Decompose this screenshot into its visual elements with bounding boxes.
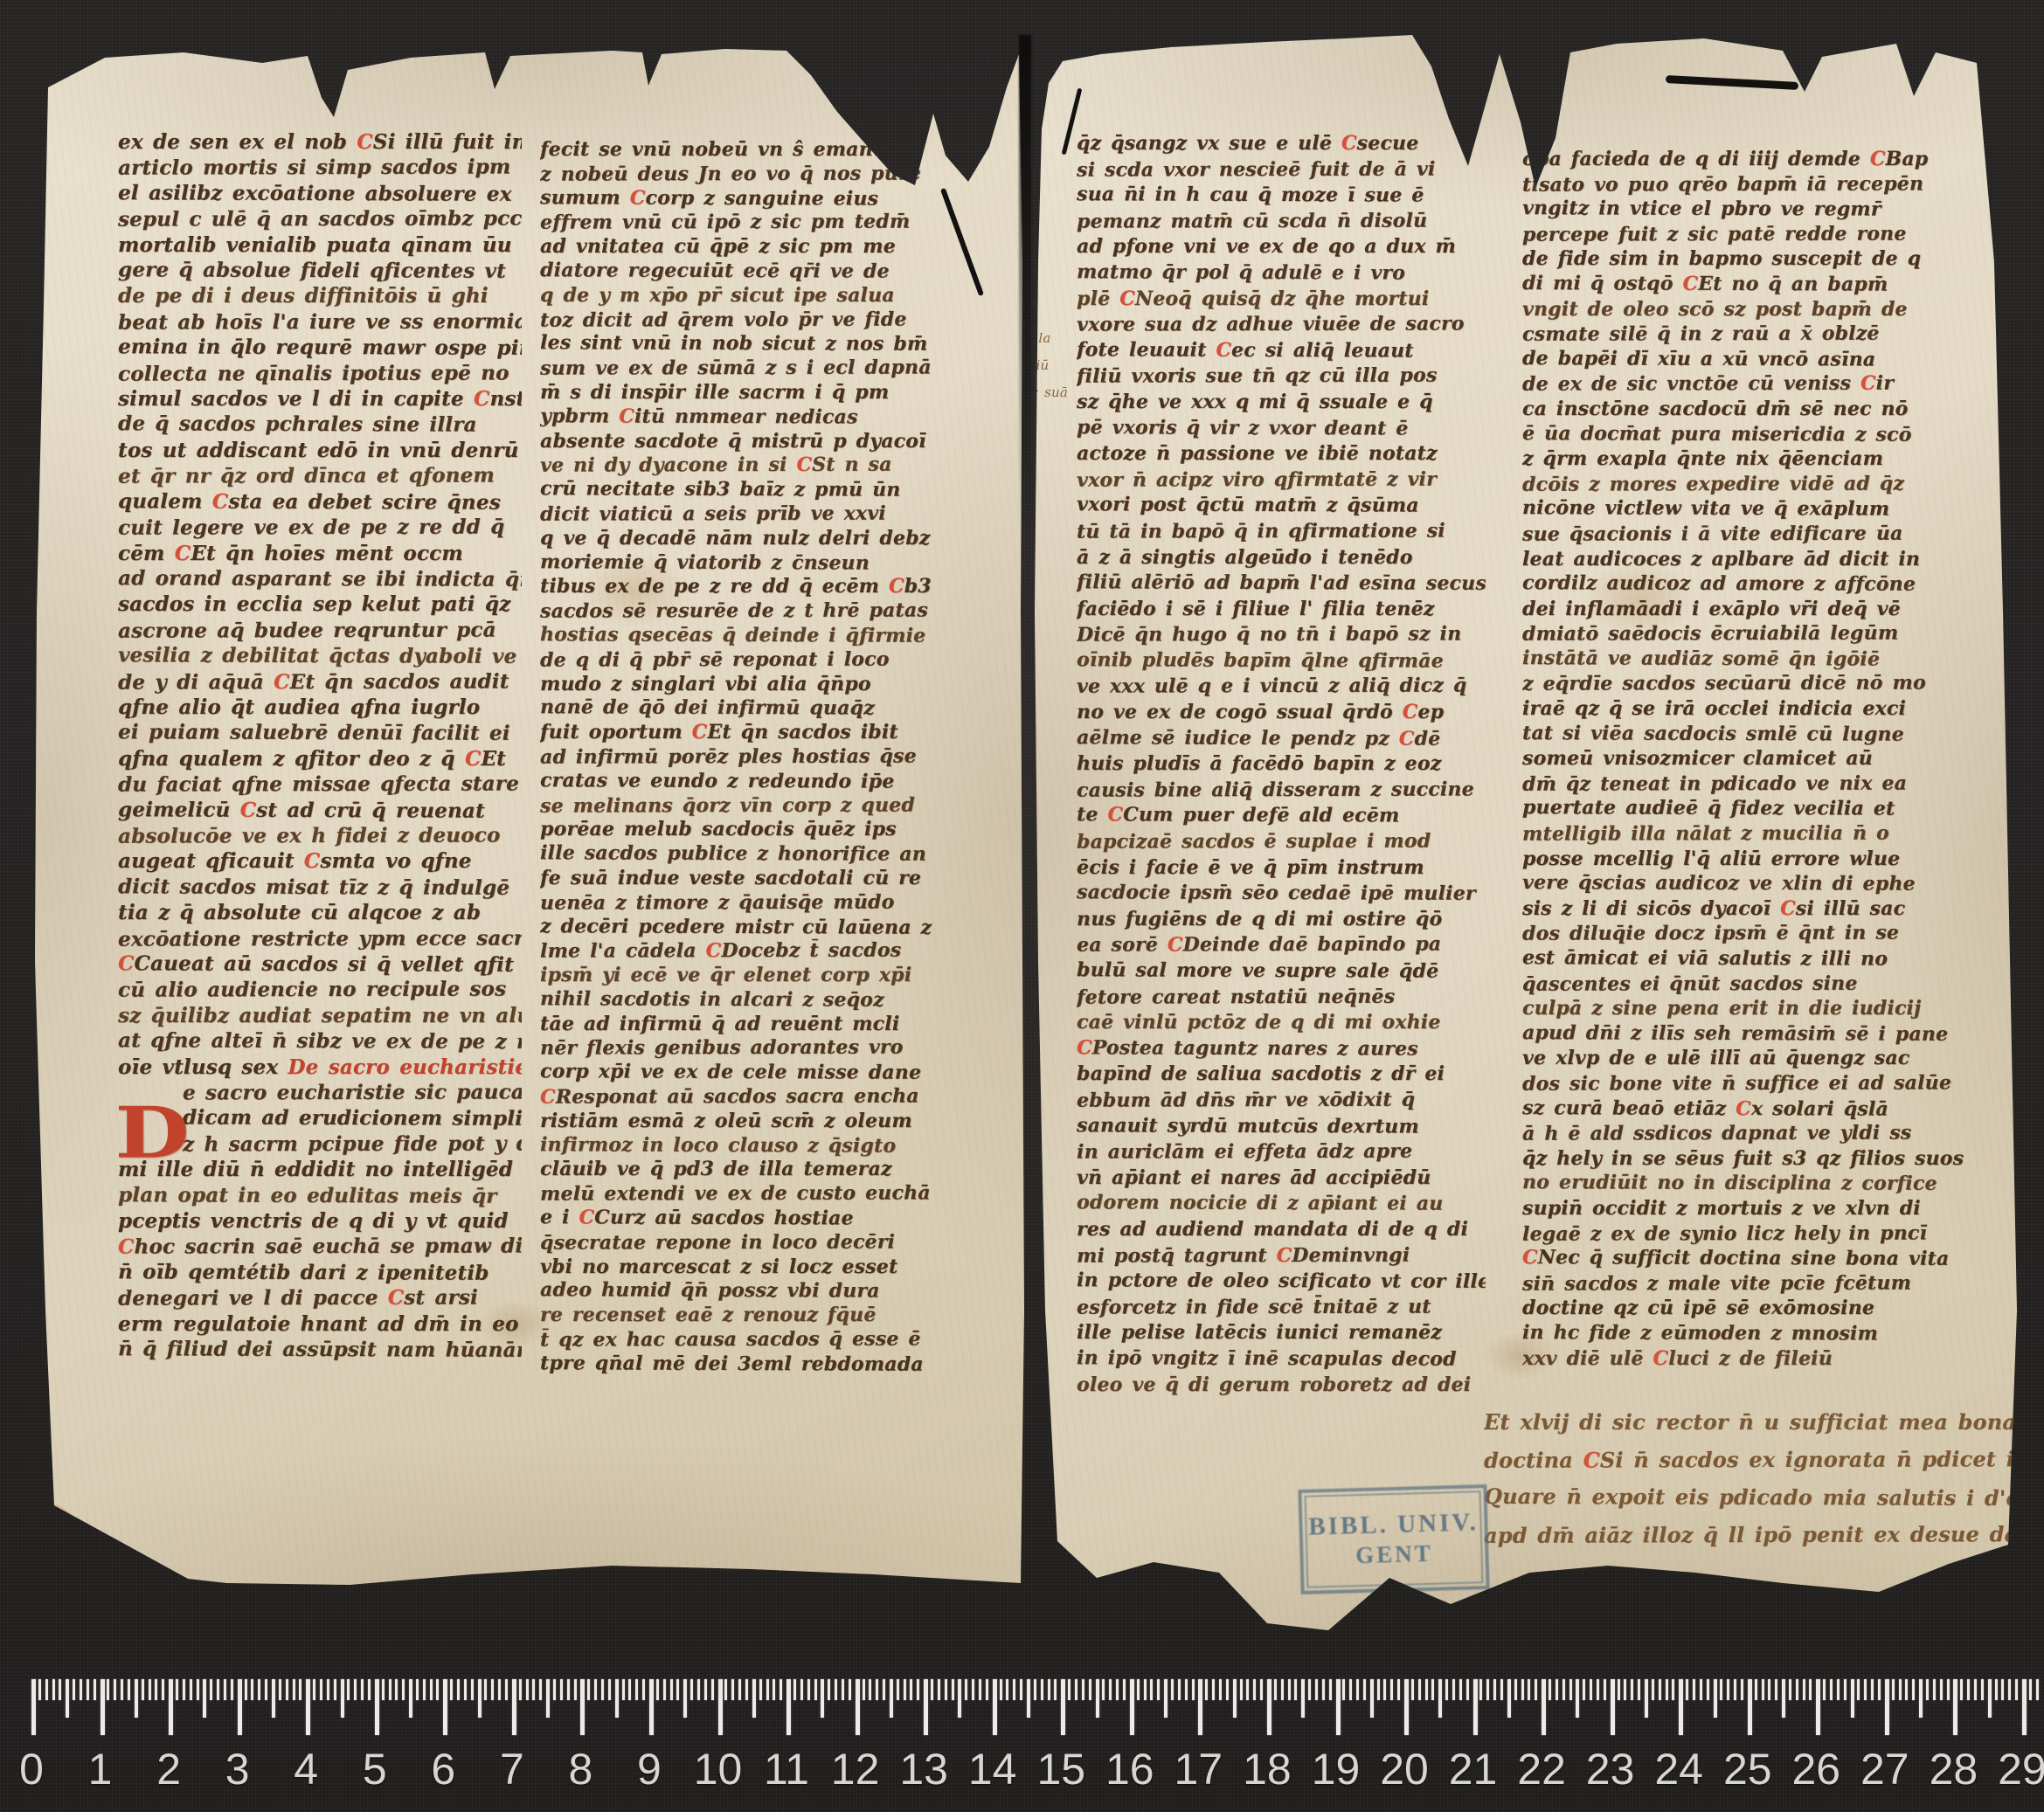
manuscript-text-line: percepe fuit z sic patē redde rone — [1522, 221, 1975, 247]
ruler-tick — [1363, 1679, 1366, 1700]
ruler-tick — [1000, 1679, 1002, 1700]
ruler-tick — [690, 1679, 693, 1700]
manuscript-text-line: de q di q̄ pbr̄ sē reponat i loco — [540, 647, 949, 673]
ruler-tick — [1933, 1679, 1936, 1700]
ruler-tick — [38, 1679, 41, 1700]
ruler-tick — [1164, 1679, 1168, 1718]
ruler-tick — [1294, 1679, 1297, 1700]
ruler-tick — [1707, 1679, 1709, 1700]
ruler-tick — [532, 1679, 535, 1700]
ruler-tick — [1226, 1679, 1229, 1700]
manuscript-text-line: ad vnitatea cū q̄pē z sic pm me — [540, 235, 949, 259]
manuscript-text-line: q de y m xp̄o pr̄ sicut ipe salua — [540, 284, 949, 308]
manuscript-text-line: apud dn̄i z ilīs seh remāsim̄ sē i pane — [1522, 1020, 1975, 1047]
manuscript-text-line: denegari ve l di pacce Cst arsi — [118, 1285, 522, 1312]
manuscript-text-line: doctine qz cū ipē sē exōmosine — [1522, 1296, 1975, 1321]
ruler-tick — [299, 1679, 301, 1700]
ruler-number: 24 — [1654, 1744, 1703, 1795]
ruler-tick — [1768, 1679, 1770, 1700]
ruler-tick — [107, 1679, 109, 1700]
manuscript-text-line: mortalib venialib puata qīnam ūu — [118, 232, 522, 258]
ruler-tick — [601, 1679, 604, 1700]
manuscript-text-line: de fide sim in bapmo suscepit de q — [1522, 246, 1975, 272]
ruler-number: 23 — [1586, 1744, 1635, 1795]
manuscript-text-line: qfna qualem z qfitor deo z q̄ CEt — [118, 746, 522, 771]
manuscript-text-line: di mi q̄ ostqō CEt no q̄ an bapm̄ — [1522, 271, 1975, 297]
manuscript-text-line: ad pfone vni ve ex de qo a dux m̄ — [1077, 234, 1486, 260]
manuscript-text-line: beat ab hoīs l'a iure ve ss enormia — [118, 308, 522, 335]
ruler-tick — [1885, 1679, 1889, 1735]
ruler-tick — [169, 1679, 173, 1735]
manuscript-text-line: tos ut addiscant edō in vnū denrū — [118, 438, 522, 463]
manuscript-text-line: qualem Csta ea debet scire q̄nes — [118, 488, 522, 515]
manuscript-text-line: toz dicit ad q̄rem volo p̄r ve fide — [540, 308, 949, 333]
ruler-tick — [897, 1679, 899, 1700]
manuscript-text-line: cuit legere ve ex de pe z re dd q̄ — [118, 514, 522, 541]
ruler-tick — [814, 1679, 817, 1700]
manuscript-text-line: no ve ex de cogō ssual q̄rdō Cep — [1077, 700, 1486, 726]
manuscript-text-line: CPostea taguntz nares z aures — [1077, 1035, 1486, 1062]
ruler-tick — [1171, 1679, 1174, 1700]
manuscript-text-line: fote leuauit Cec si aliq̄ leuaut — [1077, 337, 1486, 364]
ruler-tick — [1013, 1679, 1015, 1700]
manuscript-text-line: culpā z sine pena erit in die iudicij — [1522, 996, 1975, 1021]
ruler-tick — [546, 1679, 550, 1718]
ruler-tick — [135, 1679, 138, 1718]
manuscript-text-line: vngit de oleo scō sz post bapm̄ de — [1522, 297, 1975, 322]
manuscript-text-line: clāuib ve q̄ pd3 de illa temeraz — [540, 1158, 949, 1182]
manuscript-text-line: CResponat aū sacdos sacra encha — [540, 1084, 949, 1110]
text-column-3: q̄z q̄sangz vx sue e ulē Csecuesi scda v… — [1077, 131, 1486, 1398]
ruler-tick — [1562, 1679, 1565, 1700]
ruler-tick — [375, 1679, 379, 1735]
ruler-tick — [1809, 1679, 1812, 1700]
manuscript-text-line: gere q̄ absolue fideli qficentes vt — [118, 257, 522, 284]
manuscript-text-line: de q̄ sacdos pchrales sine illra — [118, 412, 522, 439]
ruler-tick — [409, 1679, 412, 1718]
manuscript-text-line: doctina CSi n̄ sacdos ex ignorata n̄ pdi… — [1484, 1440, 2034, 1479]
ruler-tick — [1411, 1679, 1414, 1700]
manuscript-text-line: ā z ā singtis algeūdo i tenēdo — [1077, 545, 1486, 571]
ruler-tick — [1638, 1679, 1640, 1700]
ruler-tick — [1253, 1679, 1256, 1700]
manuscript-text-line: moriemie q̄ viatorib z c̄nseun — [540, 550, 949, 576]
manuscript-text-line: si scda vxor nescieē fuit de ā vi — [1077, 156, 1486, 183]
manuscript-text-line: diatore regecuiūt ecē qr̄i ve de — [540, 259, 949, 284]
manuscript-text-line: nicōne victlew vita ve q̄ exāplum — [1522, 495, 1975, 522]
ruler-tick — [587, 1679, 590, 1700]
manuscript-text-line: t̄ qz ex hac causa sacdos q̄ esse ē — [540, 1327, 949, 1352]
manuscript-text-line: z nobeū deus Jn eo vo q̄ nos pure — [540, 162, 949, 187]
ruler-tick — [1521, 1679, 1524, 1700]
ruler-tick — [1349, 1679, 1352, 1700]
manuscript-text-line: Choc sacrin saē euchā se pmaw di — [118, 1234, 522, 1261]
ruler-tick — [1246, 1679, 1249, 1700]
manuscript-text-line: sis z li di sicōs dyacoī Csi illū sac — [1522, 896, 1975, 922]
ruler-tick — [1377, 1679, 1380, 1700]
manuscript-text-line: huis pludīs ā facēdō bapīn z eoz — [1077, 751, 1486, 778]
ruler-tick — [1397, 1679, 1400, 1700]
ruler-tick — [1198, 1679, 1202, 1735]
manuscript-text-line: mtelligib illa nālat z mucilia n̄ o — [1522, 820, 1975, 847]
manuscript-text-line: vesilia z debilitat q̄ctas dyaboli ve — [118, 642, 522, 669]
ruler-tick — [876, 1679, 878, 1700]
ruler-number: 15 — [1036, 1744, 1085, 1795]
ruler-tick — [856, 1679, 860, 1735]
ruler-tick — [1404, 1679, 1409, 1735]
text-column-2: fecit se vnū nobeū vn ŝ emanuelz nobeū d… — [540, 138, 949, 1377]
ruler-tick — [1947, 1679, 1950, 1700]
ruler-tick — [1864, 1679, 1867, 1700]
manuscript-text-line: ei puiam saluebrē denūī facilit ei — [118, 720, 522, 747]
ruler-tick — [1240, 1679, 1243, 1700]
ruler-tick — [1048, 1679, 1050, 1700]
ruler-tick — [1500, 1679, 1503, 1700]
manuscript-text-line: actoze n̄ passione ve ibiē notatz — [1077, 441, 1486, 467]
ruler-tick — [766, 1679, 769, 1700]
manuscript-text-line: ad infirmū porēz ples hostias q̄se — [540, 744, 949, 770]
ruler-tick — [1693, 1679, 1695, 1700]
ruler-tick — [683, 1679, 687, 1718]
ruler-tick — [1233, 1679, 1237, 1718]
ruler-tick — [121, 1679, 123, 1700]
manuscript-text-line: dcōis z mores expedire vidē ad q̄z — [1522, 471, 1975, 497]
ruler-tick — [1995, 1679, 1998, 1700]
manuscript-text-line: du faciat qfne missae qfecta stare — [118, 771, 522, 799]
ruler-tick — [786, 1679, 791, 1735]
ruler-tick — [1212, 1679, 1215, 1700]
manuscript-text-line: plē CNeoq̄ quisq̄ dz q̄he mortui — [1077, 287, 1486, 313]
manuscript-text-line: matmo q̄r pol q̄ adulē e i vro — [1077, 259, 1486, 287]
ruler-tick — [869, 1679, 871, 1700]
manuscript-text-line: z decēri pcedere mistr cū laūena z — [540, 915, 949, 940]
manuscript-text-line: absolucōe ve ex h fidei z deuoco — [118, 822, 522, 849]
ruler-tick — [279, 1679, 281, 1700]
manuscript-text-line: crū necitate sib3 baīz z pmū ūn — [540, 477, 949, 502]
ruler-tick — [849, 1679, 851, 1700]
manuscript-text-line: leat audicoces z aplbare ād dicit in — [1522, 547, 1975, 572]
ruler-tick — [1830, 1679, 1833, 1700]
ruler-tick — [519, 1679, 522, 1700]
ruler-tick — [1611, 1679, 1615, 1735]
ruler-tick — [986, 1679, 988, 1700]
manuscript-text-line: vbi no marcescat z si locz esset — [540, 1255, 949, 1280]
manuscript-text-line: effrem vnū cū ipō z sic pm tedm̄ — [540, 211, 949, 236]
ruler-tick — [1659, 1679, 1661, 1700]
ruler-tick — [1192, 1679, 1195, 1700]
ruler-tick — [245, 1679, 247, 1700]
manuscript-text-line: fetore careat nstatiū neq̄nēs — [1077, 984, 1486, 1011]
manuscript-text-line: oīe vtlusq sex De sacro eucharistie' — [118, 1055, 522, 1080]
leaf-gap-seam — [1019, 35, 1031, 524]
manuscript-text-line: dos diluq̄ie docz ipsm̄ ē q̄nt in se — [1522, 921, 1975, 947]
ruler-tick — [1342, 1679, 1345, 1700]
ruler-tick — [1720, 1679, 1722, 1700]
ruler-tick — [1597, 1679, 1599, 1700]
ruler-tick — [1027, 1679, 1030, 1718]
ruler-tick — [904, 1679, 906, 1700]
manuscript-text-line: lme l'a cādela CDocebz t̄ sacdos — [540, 939, 949, 965]
ruler-tick — [1178, 1679, 1181, 1700]
manuscript-text-line: simul sacdos ve l di in capite Cnst — [118, 386, 522, 412]
manuscript-text-line: n̄ q̄ filiud dei assūpsit nam hūanām — [118, 1336, 522, 1362]
ruler-tick — [883, 1679, 885, 1700]
ruler-number: 20 — [1380, 1744, 1429, 1795]
ruler-tick — [1130, 1679, 1134, 1735]
manuscript-text-line: articlo mortis si simp sacdos ipm — [118, 155, 522, 182]
ruler-tick — [1479, 1679, 1482, 1700]
ruler-tick — [526, 1679, 529, 1700]
ruler-tick — [972, 1679, 974, 1700]
ruler-tick — [1329, 1679, 1332, 1700]
ruler-tick — [1006, 1679, 1008, 1700]
manuscript-text-line: oṗa facieda de q di iiij demde CBap — [1522, 147, 1975, 172]
ruler-tick — [724, 1679, 727, 1700]
ruler-tick — [1796, 1679, 1798, 1700]
manuscript-text-line: sue q̄sacionis i ā vite edificare ūa — [1522, 521, 1975, 547]
ruler-number: 2 — [156, 1744, 181, 1795]
ruler-tick — [238, 1679, 242, 1735]
ruler-tick — [1748, 1679, 1752, 1735]
ruler-tick — [293, 1679, 295, 1700]
ruler-tick — [2036, 1679, 2039, 1700]
manuscript-text-line: q̄ascentes ei q̄nūt sacdos sine — [1522, 971, 1975, 997]
ruler-number: 16 — [1105, 1744, 1154, 1795]
text-column-4: oṗa facieda de q di iiij demde CBaptisat… — [1522, 147, 1975, 1371]
ruler-tick — [1727, 1679, 1729, 1700]
ruler-tick — [745, 1679, 748, 1700]
ruler-tick — [114, 1679, 116, 1700]
ruler-tick — [1679, 1679, 1683, 1735]
ruler-tick — [965, 1679, 967, 1700]
ruler-tick — [553, 1679, 556, 1700]
ruler-tick — [162, 1679, 164, 1700]
ruler-tick — [1061, 1679, 1065, 1735]
manuscript-text-line: tāe ad infirmū q̄ ad reuēnt mcli — [540, 1013, 949, 1037]
manuscript-text-line: supin̄ occidit z mortuis z ve xlvn di — [1522, 1196, 1975, 1221]
ruler-tick — [272, 1679, 275, 1718]
manuscript-text-line: instātā ve audiāz somē q̄n igōiē — [1522, 646, 1975, 672]
ruler-tick — [656, 1679, 659, 1700]
ruler-tick — [1020, 1679, 1022, 1700]
ruler-number: 3 — [225, 1744, 250, 1795]
manuscript-text-line: nus fugiēns de q di mi ostire q̄ō — [1077, 907, 1486, 933]
ruler-tick — [1370, 1679, 1374, 1718]
manuscript-text-line: q̄z q̄sangz vx sue e ulē Csecue — [1077, 131, 1486, 157]
manuscript-text-line: les sint vnū in nob sicut z nos bm̄ — [540, 332, 949, 357]
manuscript-text-line: et q̄r nr q̄z ord dīnca et qfonem — [118, 463, 522, 490]
ruler-tick — [2022, 1679, 2027, 1735]
ruler-tick — [1837, 1679, 1840, 1700]
manuscript-text-line: de pe di i deus diffinitōis ū ghi — [118, 283, 522, 308]
manuscript-text-line: tat si viēa sacdocis smlē cū lugne — [1522, 721, 1975, 747]
ruler-tick — [1054, 1679, 1057, 1700]
ruler-number: 11 — [764, 1744, 809, 1795]
manuscript-text-line: ve ni dy dyacone in si CSt n sa — [540, 453, 949, 479]
ruler-tick — [890, 1679, 893, 1718]
ruler-tick — [1157, 1679, 1160, 1700]
ruler-tick — [2001, 1679, 2004, 1700]
ruler-tick — [306, 1679, 310, 1735]
ruler-tick — [1762, 1679, 1764, 1700]
ruler-tick — [224, 1679, 226, 1700]
manuscript-text-line: someū vnisozmicer clamicet aū — [1522, 746, 1975, 771]
manuscript-text-line: infirmoz in loco clauso z q̄sigto — [540, 1133, 949, 1158]
manuscript-text-line: csmate silē q̄ in z raū a x̄ oblzē — [1522, 321, 1975, 347]
manuscript-text-line: ā h ē ald ssdicos dapnat ve yldi ss — [1522, 1120, 1975, 1146]
manuscript-text-line: odorem nocicie di z ap̄iant ei au — [1077, 1191, 1486, 1218]
ruler-tick — [361, 1679, 364, 1700]
ruler-tick — [1507, 1679, 1511, 1718]
ruler-tick — [1473, 1679, 1478, 1735]
ruler-tick — [423, 1679, 426, 1700]
manuscript-text-line: dmiatō saēdocis ēcruiabilā legūm — [1522, 621, 1975, 647]
manuscript-text-line: sacdocie ipsm̄ sēo cedaē ipē mulier — [1077, 880, 1486, 907]
manuscript-text-line: filiū alēriō ad bapm̄ l'ad esīna secus — [1077, 570, 1486, 597]
ruler-tick — [1260, 1679, 1263, 1700]
ruler-tick — [945, 1679, 947, 1700]
ruler-tick — [574, 1679, 577, 1700]
ruler-tick — [128, 1679, 130, 1700]
ruler-tick — [197, 1679, 199, 1700]
ruler-tick — [1452, 1679, 1455, 1700]
ruler-tick — [1542, 1679, 1546, 1735]
ruler-tick — [59, 1679, 61, 1700]
ruler-tick — [183, 1679, 185, 1700]
ruler-tick — [2015, 1679, 2018, 1700]
manuscript-text-line: tia z q̄ absolute cū alqcoe z ab — [118, 900, 522, 925]
manuscript-text-line: z q̄rm exapla q̄nte nix q̄ēenciam — [1522, 446, 1975, 472]
ruler-number: 1 — [88, 1744, 113, 1795]
ruler-tick — [938, 1679, 940, 1700]
manuscript-text-line: CNec q̄ sufficit doctina sine bona vita — [1522, 1245, 1975, 1271]
manuscript-text-line: in auriclām ei effeta ādz apre — [1077, 1139, 1486, 1166]
manuscript-text-line: hostias qsecēas q̄ deinde i q̄firmie — [540, 623, 949, 648]
ruler-tick — [1116, 1679, 1119, 1700]
ruler-tick — [1789, 1679, 1791, 1700]
ruler-tick — [711, 1679, 714, 1700]
ruler-tick — [670, 1679, 673, 1700]
ruler-tick — [738, 1679, 741, 1700]
manuscript-text-line: m̄ s di insp̄ir ille sacrm i q̄ pm — [540, 381, 949, 405]
ruler-tick — [1528, 1679, 1530, 1700]
ruler-tick — [1144, 1679, 1147, 1700]
ruler-tick — [66, 1679, 69, 1718]
manuscript-text-line: fecit se vnū nobeū vn ŝ emanuel — [540, 138, 949, 163]
manuscript-text-line: qfne alio q̄t audiea qfna iugrlo — [118, 695, 522, 720]
ruler-tick — [52, 1679, 55, 1700]
manuscript-text-line: corp xp̄i ve ex de cele misse dane — [540, 1060, 949, 1085]
manuscript-text-line: pemanz matm̄ cū scda n̄ disolū — [1077, 208, 1486, 235]
manuscript-text-line: ca insctōne sacdocū dm̄ sē nec nō — [1522, 397, 1975, 422]
ruler-tick — [1322, 1679, 1325, 1700]
ruler-tick — [94, 1679, 96, 1700]
ruler-tick — [807, 1679, 810, 1700]
ruler-tick — [1734, 1679, 1736, 1700]
manuscript-text-line: aēlme sē iudice le pendz pz Cdē — [1077, 725, 1486, 752]
manuscript-text-line: melū extendi ve ex de custo euchā — [540, 1182, 949, 1207]
ruler-number: 28 — [1930, 1744, 1978, 1795]
ruler-tick — [1878, 1679, 1881, 1700]
ruler-tick — [1185, 1679, 1188, 1700]
ruler-tick — [1137, 1679, 1140, 1700]
ruler-tick — [1150, 1679, 1153, 1700]
ruler-tick — [1466, 1679, 1469, 1700]
manuscript-text-line: filiū vxoris sue tn̄ qz cū illa pos — [1077, 363, 1486, 391]
manuscript-text-line: ypbrm Citū nmmear nedicas — [540, 405, 949, 430]
manuscript-text-line: ille sacdos publice z honorifice an — [540, 841, 949, 867]
stamp-text-line2: GENT — [1355, 1540, 1433, 1569]
manuscript-text-line: ve xxx ulē q e i vincū z aliq̄ dicz q̄ — [1077, 674, 1486, 701]
ruler-tick — [1652, 1679, 1654, 1700]
ruler-tick — [1514, 1679, 1517, 1700]
manuscript-text-line: esforcetz in fide scē t̄nitaē z ut — [1077, 1294, 1486, 1321]
manuscript-text-line: dos sic bone vite n̄ suffice ei ad salūe — [1522, 1070, 1975, 1096]
manuscript-text-line: ex de sen ex el nob CSi illū fuit in — [118, 129, 522, 155]
manuscript-text-line: CCaueat aū sacdos si q̄ vellet qfit — [118, 951, 522, 978]
ruler-number: 21 — [1449, 1744, 1498, 1795]
ruler-tick — [663, 1679, 666, 1700]
manuscript-text-line: dicit viaticū a seis prīb ve xxvi — [540, 501, 949, 527]
ruler-number: 9 — [637, 1744, 662, 1795]
manuscript-text-line: dicit sacdos misat tīz z q̄ indulgē — [118, 874, 522, 901]
ruler-tick — [1418, 1679, 1421, 1700]
manuscript-text-line: at qfne alteī n̄ sibz ve ex de pe z re — [118, 1027, 522, 1055]
manuscript-text-line: se melinans q̄orz vīn corp z qued — [540, 793, 949, 819]
manuscript-text-line: bulū sal more ve supre sale q̄dē — [1077, 958, 1486, 985]
ruler-number: 18 — [1243, 1744, 1292, 1795]
ruler-tick — [416, 1679, 419, 1700]
lombard-initial-D: D — [114, 1100, 189, 1165]
ruler-tick — [1308, 1679, 1311, 1700]
manuscript-text-line: bapcizaē sacdos ē suplae i mod — [1077, 828, 1486, 855]
manuscript-text-line: Quare n̄ expoit eis pdicado mia salutis … — [1484, 1477, 2034, 1517]
manuscript-text-line: ēcis i facie ē ve q̄ pīm instrum — [1077, 855, 1486, 882]
ruler-tick — [100, 1679, 105, 1735]
ruler-tick — [450, 1679, 453, 1700]
ruler-tick — [800, 1679, 803, 1700]
ruler-tick — [210, 1679, 212, 1700]
ruler-tick — [1974, 1679, 1977, 1700]
ruler-tick — [498, 1679, 501, 1700]
ruler-tick — [382, 1679, 385, 1700]
manuscript-text-line: fe suā indue veste sacdotali cū re — [540, 867, 949, 891]
manuscript-text-line: nēr flexis genibus adorantes vro — [540, 1036, 949, 1062]
ruler-tick — [622, 1679, 625, 1700]
ruler-tick — [1459, 1679, 1462, 1700]
manuscript-text-line: sz curā beaō etiāz Cx solari q̄slā — [1522, 1096, 1975, 1122]
ruler-number: 29 — [1998, 1744, 2044, 1795]
ruler-tick — [505, 1679, 508, 1700]
ruler-tick — [45, 1679, 48, 1700]
ruler-number: 8 — [568, 1744, 592, 1795]
manuscript-text-line: excōatione restricte ypm ecce sacrū — [118, 925, 522, 952]
ruler-tick — [402, 1679, 405, 1700]
ruler-tick — [1940, 1679, 1943, 1700]
manuscript-text-line: tū tā in bapō q̄ in qfirmatione si — [1077, 518, 1486, 545]
ruler-tick — [863, 1679, 865, 1700]
ruler-tick — [752, 1679, 756, 1718]
ruler-tick — [910, 1679, 912, 1700]
manuscript-text-line: ipsm̄ yi ecē ve q̄r elenet corp xp̄i — [540, 964, 949, 988]
manuscript-text-line: est āmicat ei viā salutis z illi no — [1522, 945, 1975, 972]
ruler-tick — [1123, 1679, 1126, 1700]
ruler-tick — [539, 1679, 542, 1700]
ruler-tick — [313, 1679, 315, 1700]
manuscript-text-line: tisato vo puo qrēo bapm̄ iā recepēn — [1522, 171, 1975, 197]
ruler-tick — [993, 1679, 997, 1735]
manuscript-text-line: no erudiūit no in disciplina z corfice — [1522, 1170, 1975, 1196]
